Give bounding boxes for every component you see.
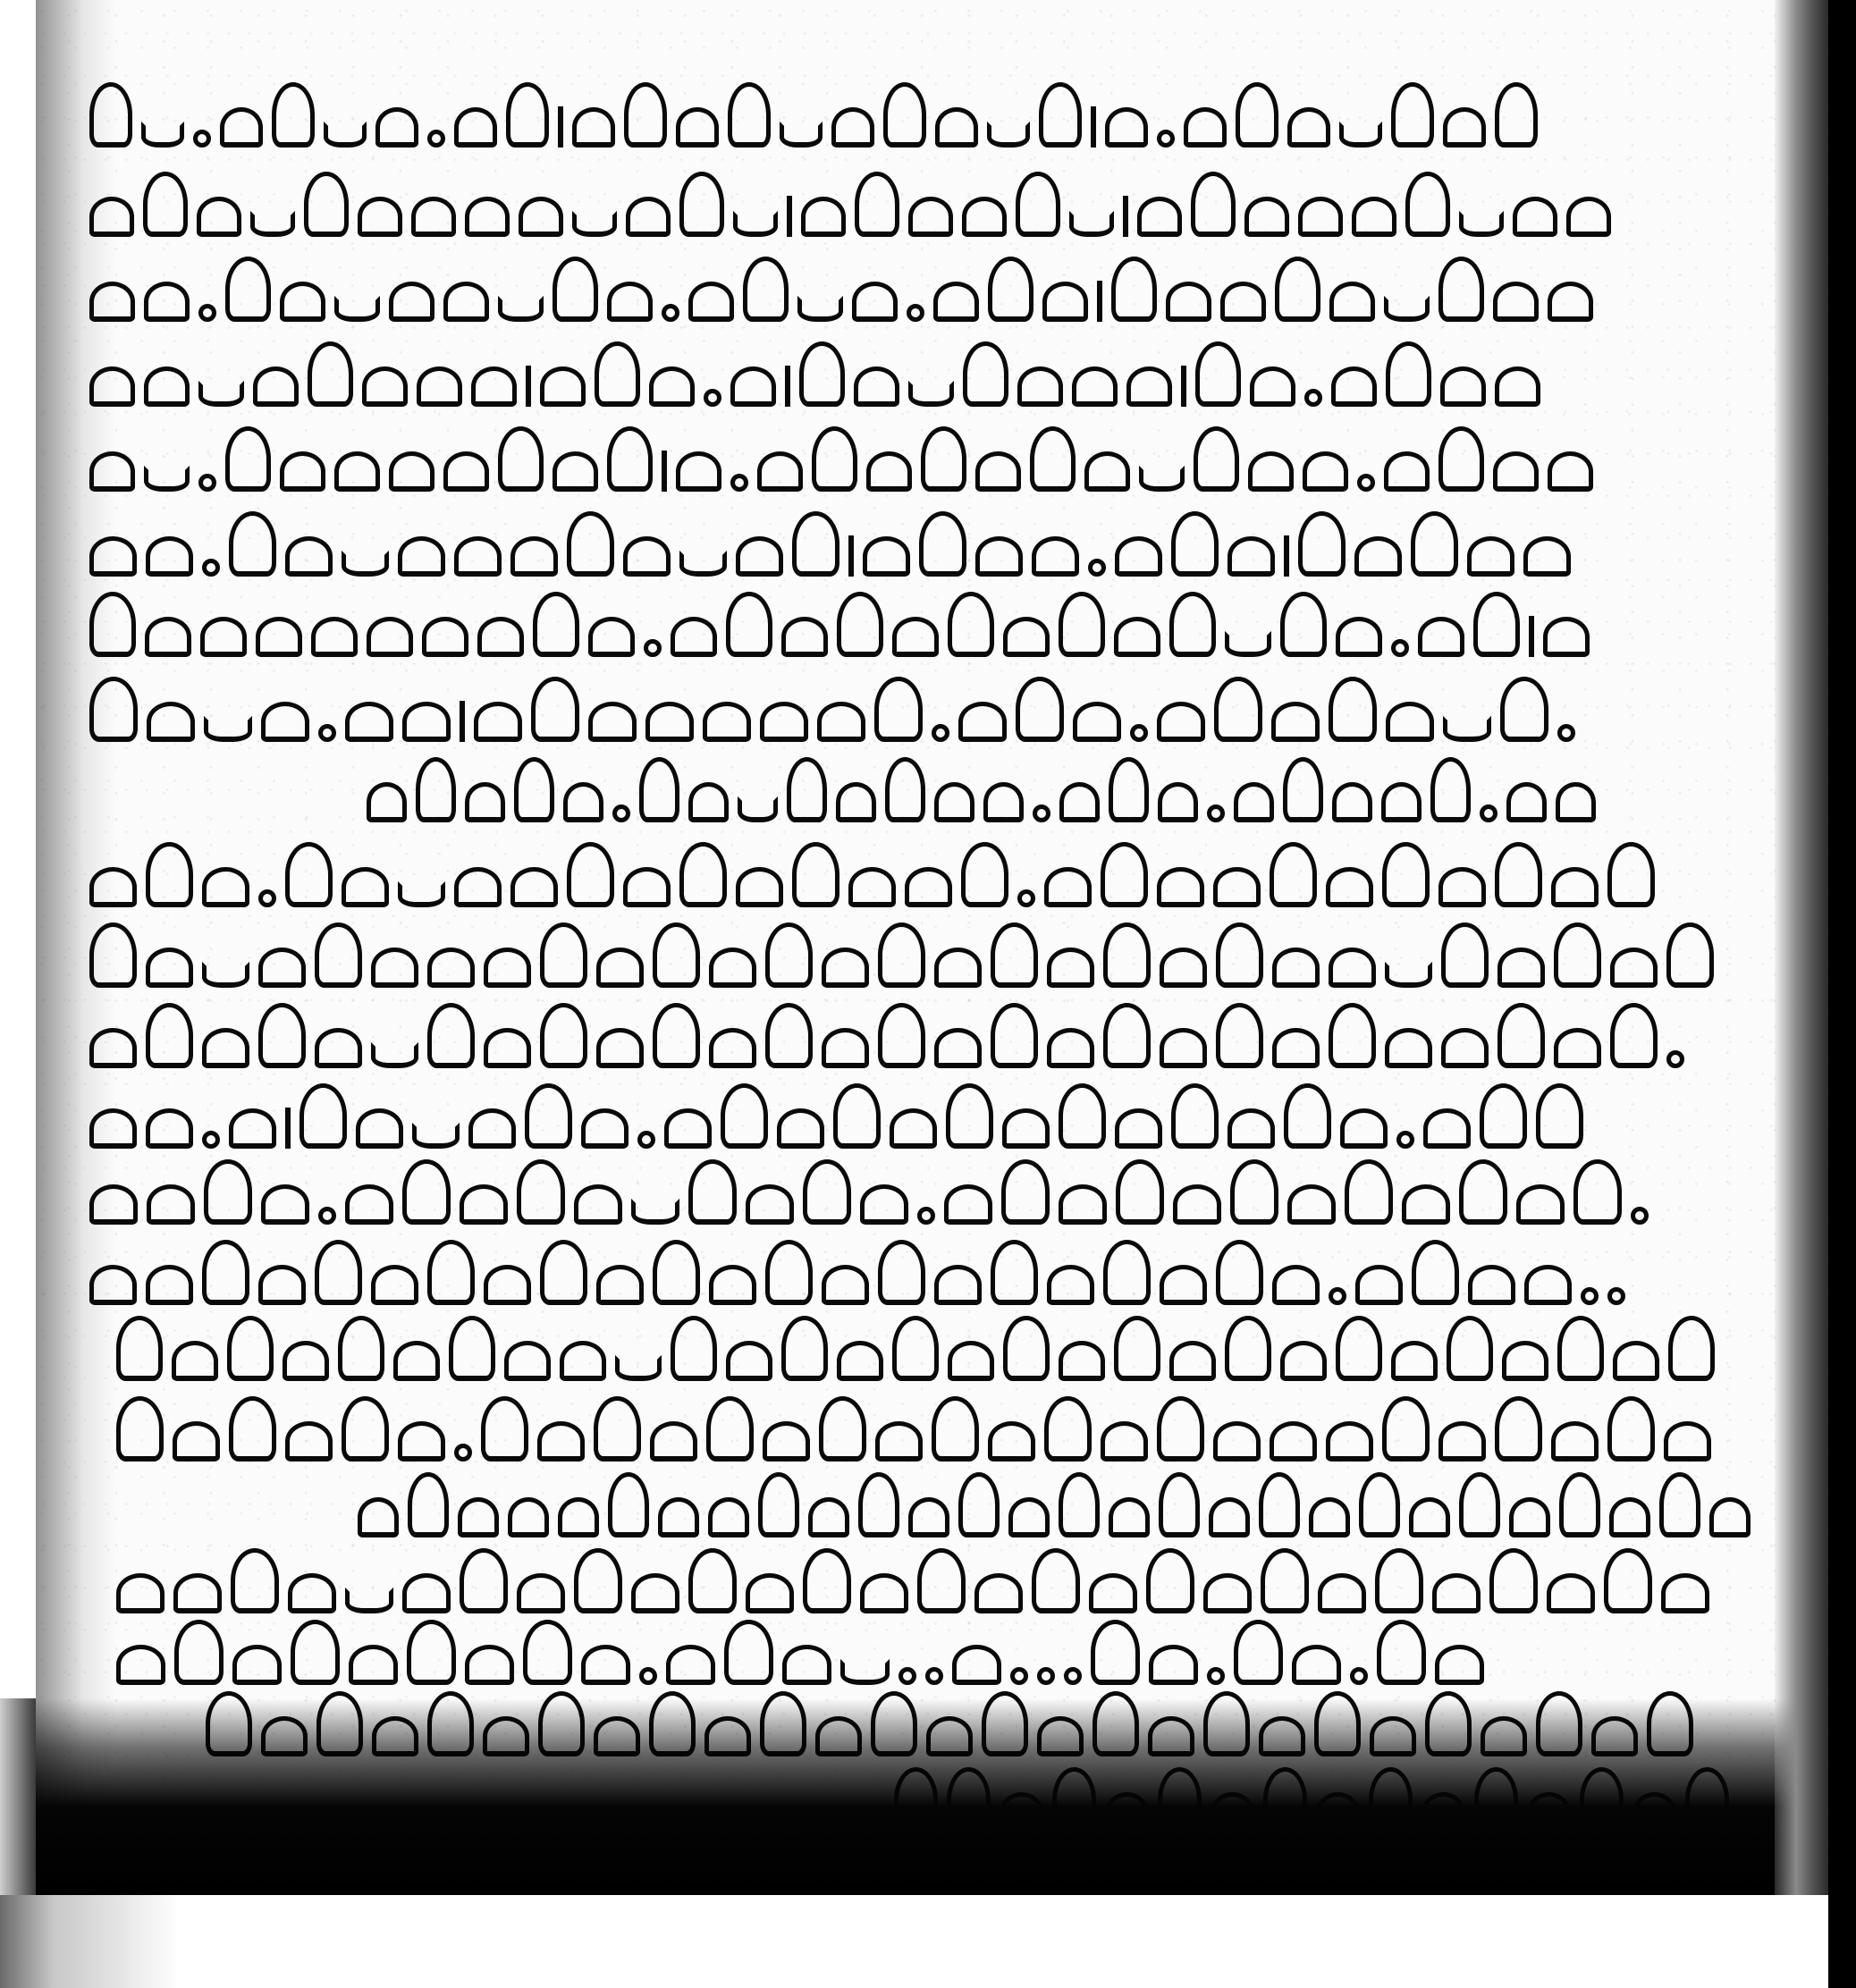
- handwritten-glyph: [1516, 1184, 1565, 1225]
- handwritten-glyph: [726, 592, 772, 657]
- handwritten-glyph: [855, 172, 899, 237]
- handwritten-glyph: [1326, 867, 1373, 907]
- handwritten-glyph: [280, 282, 325, 322]
- handwritten-glyph: [624, 82, 667, 147]
- handwritten-glyph: [1411, 511, 1458, 577]
- handwritten-glyph: [1339, 122, 1382, 147]
- handwritten-glyph: [1033, 804, 1050, 822]
- handwritten-glyph: [402, 1573, 451, 1613]
- handwritten-glyph: [874, 677, 923, 742]
- handwritten-glyph: [596, 1265, 644, 1305]
- handwritten-glyph: [822, 1028, 869, 1068]
- handwritten-glyph: [666, 1645, 715, 1685]
- handwritten-glyph: [358, 197, 402, 237]
- handwritten-glyph: [427, 1003, 475, 1068]
- handwritten-glyph: [1001, 1159, 1050, 1225]
- handwritten-glyph: [1443, 716, 1491, 742]
- lower-left-edge: [0, 1698, 36, 1895]
- handwritten-glyph: [746, 1184, 794, 1225]
- handwritten-glyph: [626, 197, 671, 237]
- handwritten-glyph: [1171, 1083, 1219, 1149]
- handwritten-glyph: [919, 511, 966, 577]
- handwritten-glyph: [144, 366, 190, 407]
- handwritten-glyph: [1329, 1003, 1376, 1068]
- handwritten-glyph: [860, 1184, 908, 1225]
- handwritten-glyph: [1382, 1396, 1430, 1462]
- handwritten-glyph: [1157, 1396, 1204, 1462]
- handwritten-glyph: [961, 842, 1008, 907]
- handwritten-glyph: [1105, 107, 1148, 147]
- handwritten-glyph: [799, 341, 845, 407]
- handwritten-glyph: [581, 1108, 629, 1149]
- handwritten-glyph: [519, 197, 563, 237]
- handwritten-glyph: [89, 1028, 137, 1068]
- handwritten-glyph: [733, 211, 778, 237]
- handwritten-glyph: [1309, 1497, 1350, 1537]
- handwritten-glyph: [504, 1341, 551, 1381]
- handwritten-glyph: [1554, 922, 1601, 988]
- handwritten-glyph: [1543, 617, 1590, 657]
- handwritten-glyph: [1097, 281, 1102, 322]
- handwritten-glyph: [315, 922, 362, 988]
- handwritten-glyph: [1275, 257, 1320, 322]
- handwritten-glyph: [308, 341, 353, 407]
- handwritten-glyph: [225, 426, 271, 492]
- handwritten-glyph: [801, 197, 846, 237]
- handwritten-glyph: [1609, 1497, 1650, 1537]
- handwritten-glyph: [146, 948, 193, 988]
- handwritten-glyph: [1244, 197, 1289, 237]
- handwritten-glyph: [803, 1548, 851, 1613]
- handwritten-glyph: [362, 366, 408, 407]
- handwritten-line: [89, 603, 1717, 657]
- handwritten-glyph: [280, 451, 325, 492]
- handwritten-glyph: [724, 1620, 773, 1685]
- handwritten-glyph: [1493, 282, 1539, 322]
- handwritten-glyph: [921, 426, 966, 492]
- handwritten-glyph: [1438, 1421, 1486, 1462]
- handwritten-glyph: [1149, 1645, 1198, 1685]
- handwritten-glyph: [812, 426, 857, 492]
- handwritten-glyph: [974, 1573, 1023, 1613]
- handwritten-glyph: [679, 172, 724, 237]
- handwritten-glyph: [198, 474, 216, 492]
- handwritten-glyph: [474, 702, 522, 742]
- handwritten-line: [89, 1095, 1734, 1149]
- handwritten-glyph: [220, 107, 263, 147]
- handwritten-glyph: [454, 1444, 472, 1462]
- handwritten-glyph: [324, 122, 367, 147]
- handwritten-glyph: [934, 1265, 982, 1305]
- handwritten-glyph: [285, 536, 333, 577]
- handwritten-glyph: [398, 536, 445, 577]
- handwritten-line: [89, 438, 1725, 492]
- handwritten-glyph: [141, 122, 184, 147]
- handwritten-glyph: [743, 257, 789, 322]
- handwritten-glyph: [1115, 536, 1162, 577]
- handwritten-glyph: [878, 1240, 925, 1305]
- handwritten-glyph: [358, 1497, 399, 1537]
- handwritten-glyph: [193, 130, 211, 147]
- handwritten-glyph: [765, 1003, 813, 1068]
- handwritten-line: [358, 1484, 1770, 1537]
- handwritten-glyph: [416, 757, 456, 822]
- handwritten-glyph: [1357, 474, 1375, 492]
- handwritten-glyph: [760, 702, 808, 742]
- right-page-edge-gutter: [1775, 0, 1828, 1895]
- handwritten-glyph: [1089, 1573, 1137, 1613]
- handwritten-glyph: [948, 592, 994, 657]
- handwritten-glyph: [1287, 107, 1330, 147]
- handwritten-glyph: [1103, 1003, 1151, 1068]
- handwritten-glyph: [878, 922, 925, 988]
- handwritten-glyph: [256, 617, 302, 657]
- handwritten-line: [89, 353, 1743, 407]
- handwritten-glyph: [1557, 1316, 1604, 1381]
- handwritten-glyph: [781, 1316, 828, 1381]
- handwritten-glyph: [958, 1472, 1000, 1537]
- handwritten-glyph: [1047, 948, 1094, 988]
- handwritten-glyph: [1008, 1497, 1050, 1537]
- handwritten-glyph: [1495, 1396, 1542, 1462]
- handwritten-glyph: [1529, 616, 1534, 657]
- handwritten-glyph: [991, 1240, 1038, 1305]
- handwritten-glyph: [1059, 782, 1100, 822]
- handwritten-glyph: [1139, 466, 1185, 492]
- handwritten-glyph: [558, 1497, 599, 1537]
- handwritten-glyph: [1137, 197, 1182, 237]
- handwritten-line: [89, 1015, 1743, 1068]
- handwritten-glyph: [1234, 1620, 1283, 1685]
- handwritten-glyph: [1280, 1341, 1327, 1381]
- handwritten-line: [89, 183, 1717, 237]
- handwritten-glyph: [944, 1184, 992, 1225]
- handwritten-glyph: [1391, 82, 1434, 147]
- handwritten-glyph: [1059, 1341, 1105, 1381]
- handwritten-glyph: [595, 341, 640, 407]
- handwritten-glyph: [962, 197, 1007, 237]
- handwritten-glyph: [934, 782, 974, 822]
- handwritten-glyph: [1391, 1341, 1438, 1381]
- handwritten-glyph: [908, 381, 954, 407]
- handwritten-glyph: [498, 296, 544, 322]
- handwritten-glyph: [144, 466, 190, 492]
- handwritten-glyph: [116, 1573, 165, 1613]
- right-scan-border: [1828, 0, 1856, 1988]
- handwritten-glyph: [468, 1108, 516, 1149]
- handwritten-glyph: [1191, 172, 1236, 237]
- handwritten-glyph: [934, 1028, 982, 1068]
- handwritten-glyph: [1225, 631, 1271, 657]
- handwritten-glyph: [1213, 867, 1261, 907]
- handwritten-glyph: [1493, 451, 1539, 492]
- handwritten-glyph: [484, 1265, 531, 1305]
- handwritten-glyph: [781, 617, 828, 657]
- handwritten-glyph: [817, 702, 865, 742]
- handwritten-glyph: [1103, 1240, 1151, 1305]
- handwritten-glyph: [389, 282, 434, 322]
- handwritten-glyph: [1386, 702, 1434, 742]
- handwritten-glyph: [285, 1108, 291, 1149]
- handwritten-glyph: [1661, 1573, 1709, 1613]
- handwritten-glyph: [540, 922, 587, 988]
- handwritten-glyph: [334, 296, 380, 322]
- handwritten-glyph: [540, 1003, 587, 1068]
- handwritten-glyph: [1303, 451, 1348, 492]
- handwritten-glyph: [342, 1396, 389, 1462]
- handwritten-glyph: [1213, 1421, 1261, 1462]
- handwritten-glyph: [510, 867, 558, 907]
- handwritten-glyph: [145, 617, 191, 657]
- handwritten-glyph: [173, 1573, 222, 1613]
- handwritten-glyph: [89, 1265, 137, 1305]
- handwritten-glyph: [607, 282, 653, 322]
- handwritten-glyph: [345, 1588, 393, 1613]
- handwritten-glyph: [1386, 341, 1431, 407]
- handwritten-glyph: [1270, 1421, 1317, 1462]
- handwritten-glyph: [1236, 82, 1278, 147]
- handwritten-glyph: [349, 1645, 398, 1685]
- handwritten-glyph: [367, 782, 407, 822]
- handwritten-glyph: [631, 1199, 679, 1225]
- handwritten-glyph: [588, 617, 635, 657]
- handwritten-glyph: [1169, 1341, 1216, 1381]
- handwritten-glyph: [1497, 948, 1545, 988]
- handwritten-glyph: [908, 197, 953, 237]
- handwritten-glyph: [594, 1396, 641, 1462]
- handwritten-glyph: [318, 1207, 336, 1225]
- handwritten-glyph: [987, 122, 1030, 147]
- handwritten-glyph: [1044, 867, 1092, 907]
- handwritten-glyph: [1396, 1131, 1414, 1149]
- handwritten-glyph: [1126, 366, 1172, 407]
- handwritten-glyph: [975, 451, 1021, 492]
- handwritten-glyph: [202, 867, 249, 907]
- handwritten-glyph: [567, 511, 614, 577]
- handwritten-glyph: [398, 881, 445, 907]
- handwritten-glyph: [858, 1472, 899, 1537]
- handwritten-glyph: [1382, 842, 1430, 907]
- handwritten-glyph: [975, 536, 1023, 577]
- handwritten-glyph: [803, 1159, 851, 1225]
- handwritten-glyph: [1184, 107, 1227, 147]
- handwritten-glyph: [1332, 782, 1372, 822]
- handwritten-glyph: [819, 1396, 866, 1462]
- handwritten-glyph: [863, 536, 910, 577]
- handwritten-glyph: [840, 1659, 890, 1685]
- handwritten-glyph: [1227, 1108, 1275, 1149]
- handwritten-glyph: [1610, 1003, 1658, 1068]
- handwritten-glyph: [854, 366, 899, 407]
- handwritten-glyph: [460, 1184, 508, 1225]
- handwritten-glyph: [1548, 451, 1593, 492]
- handwritten-glyph: [558, 106, 563, 147]
- handwritten-glyph: [89, 536, 137, 577]
- handwritten-glyph: [89, 282, 135, 322]
- handwritten-glyph: [1329, 948, 1376, 988]
- handwritten-glyph: [253, 366, 299, 407]
- handwritten-glyph: [1329, 282, 1375, 322]
- handwritten-glyph: [988, 257, 1033, 322]
- handwritten-glyph: [746, 1573, 794, 1613]
- handwritten-glyph: [662, 304, 679, 322]
- handwritten-glyph: [272, 82, 315, 147]
- handwritten-glyph: [709, 1028, 756, 1068]
- handwritten-glyph: [833, 1083, 881, 1149]
- handwritten-glyph: [1459, 1472, 1500, 1537]
- handwritten-glyph: [1116, 1159, 1164, 1225]
- handwritten-glyph: [607, 426, 653, 492]
- handwritten-glyph: [116, 1316, 163, 1381]
- handwritten-glyph: [1468, 1265, 1515, 1305]
- handwritten-glyph: [412, 1123, 460, 1149]
- handwritten-glyph: [510, 536, 558, 577]
- handwritten-glyph: [1298, 511, 1346, 577]
- handwritten-glyph: [481, 1396, 528, 1462]
- handwritten-glyph: [537, 1421, 585, 1462]
- handwritten-glyph: [89, 677, 138, 742]
- handwritten-glyph: [1359, 1472, 1400, 1537]
- handwritten-glyph: [371, 1265, 418, 1305]
- handwritten-glyph: [1548, 282, 1593, 322]
- handwritten-glyph: [1225, 1316, 1271, 1381]
- handwritten-glyph: [608, 1472, 649, 1537]
- handwritten-glyph: [948, 1341, 994, 1381]
- handwritten-glyph: [147, 1184, 195, 1225]
- handwritten-glyph: [645, 702, 694, 742]
- handwritten-glyph: [89, 922, 137, 988]
- handwritten-glyph: [202, 1028, 249, 1068]
- handwritten-glyph: [676, 107, 719, 147]
- handwritten-glyph: [892, 1316, 939, 1381]
- handwritten-glyph: [1203, 1573, 1252, 1613]
- handwritten-glyph: [797, 296, 843, 322]
- handwritten-glyph: [89, 197, 134, 237]
- handwritten-glyph: [1287, 1184, 1336, 1225]
- handwritten-glyph: [146, 536, 193, 577]
- handwritten-glyph: [285, 842, 333, 907]
- handwritten-glyph: [402, 1159, 451, 1225]
- handwritten-glyph: [1480, 1083, 1527, 1149]
- handwritten-glyph: [531, 677, 579, 742]
- handwritten-glyph: [315, 1028, 362, 1068]
- handwritten-glyph: [1171, 511, 1219, 577]
- handwritten-glyph: [1032, 536, 1079, 577]
- handwritten-glyph: [758, 1472, 799, 1537]
- handwritten-glyph: [658, 1497, 699, 1537]
- handwritten-glyph: [639, 757, 679, 822]
- handwritten-glyph: [1438, 426, 1484, 492]
- handwritten-glyph: [1412, 1240, 1459, 1305]
- handwritten-glyph: [454, 867, 502, 907]
- handwritten-glyph: [1169, 592, 1216, 657]
- handwritten-glyph: [1381, 782, 1422, 822]
- handwritten-glyph: [371, 948, 418, 988]
- handwritten-glyph: [623, 867, 671, 907]
- handwritten-glyph: [787, 757, 827, 822]
- handwritten-glyph: [1166, 282, 1211, 322]
- handwritten-glyph: [1556, 782, 1596, 822]
- handwritten-glyph: [1384, 451, 1430, 492]
- handwritten-line: [89, 1171, 1761, 1225]
- handwritten-glyph: [147, 702, 195, 742]
- handwritten-glyph: [1495, 366, 1540, 407]
- handwritten-glyph: [1331, 366, 1377, 407]
- handwritten-glyph: [836, 782, 876, 822]
- handwritten-glyph: [89, 867, 137, 907]
- handwritten-glyph: [787, 196, 792, 237]
- handwritten-glyph: [1430, 757, 1471, 822]
- handwritten-glyph: [299, 1083, 347, 1149]
- handwritten-glyph: [1272, 948, 1320, 988]
- handwritten-glyph: [1037, 1667, 1055, 1685]
- handwritten-glyph: [866, 451, 912, 492]
- handwritten-glyph: [765, 922, 813, 988]
- handwritten-glyph: [146, 1265, 193, 1305]
- handwritten-glyph: [318, 724, 336, 742]
- handwritten-line: [89, 688, 1752, 742]
- handwritten-glyph: [1536, 1083, 1583, 1149]
- handwritten-glyph: [963, 341, 1008, 407]
- handwritten-glyph: [427, 1240, 475, 1305]
- handwritten-glyph: [1459, 1159, 1507, 1225]
- handwritten-glyph: [1506, 782, 1547, 822]
- handwritten-glyph: [1391, 639, 1409, 657]
- handwritten-glyph: [878, 1003, 925, 1068]
- handwritten-glyph: [1059, 592, 1105, 657]
- handwritten-glyph: [1123, 196, 1128, 237]
- handwritten-glyph: [200, 617, 247, 657]
- handwritten-glyph: [258, 1003, 306, 1068]
- handwritten-glyph: [1059, 1184, 1107, 1225]
- handwritten-glyph: [917, 1548, 966, 1613]
- handwritten-glyph: [229, 1396, 276, 1462]
- handwritten-glyph: [1016, 172, 1060, 237]
- handwritten-glyph: [427, 948, 475, 988]
- handwritten-glyph: [1441, 1028, 1489, 1068]
- handwritten-glyph: [1207, 1667, 1225, 1685]
- handwritten-glyph: [1377, 1620, 1426, 1685]
- handwritten-glyph: [1402, 1184, 1450, 1225]
- handwritten-glyph: [688, 782, 729, 822]
- handwritten-glyph: [925, 1667, 943, 1685]
- handwritten-glyph: [202, 962, 249, 988]
- handwritten-glyph: [1173, 1184, 1221, 1225]
- handwritten-glyph: [144, 282, 190, 322]
- handwritten-glyph: [688, 1548, 737, 1613]
- handwritten-glyph: [526, 366, 531, 407]
- handwritten-glyph: [935, 107, 978, 147]
- handwritten-glyph: [1447, 1316, 1493, 1381]
- handwritten-glyph: [1111, 257, 1157, 322]
- handwritten-glyph: [465, 197, 510, 237]
- handwritten-glyph: [1272, 1265, 1320, 1305]
- handwritten-glyph: [898, 1667, 916, 1685]
- handwritten-glyph: [837, 1341, 883, 1381]
- handwritten-glyph: [1480, 804, 1497, 822]
- handwritten-glyph: [1340, 1108, 1388, 1149]
- handwritten-glyph: [198, 304, 216, 322]
- handwritten-glyph: [89, 592, 136, 657]
- handwritten-glyph: [1709, 1497, 1751, 1537]
- handwritten-glyph: [408, 1472, 449, 1537]
- handwritten-glyph: [1459, 211, 1504, 237]
- handwritten-glyph: [1109, 1497, 1150, 1537]
- handwritten-glyph: [227, 1316, 274, 1381]
- handwritten-glyph: [89, 1184, 138, 1225]
- handwritten-glyph: [890, 1108, 937, 1149]
- handwritten-glyph: [708, 1497, 749, 1537]
